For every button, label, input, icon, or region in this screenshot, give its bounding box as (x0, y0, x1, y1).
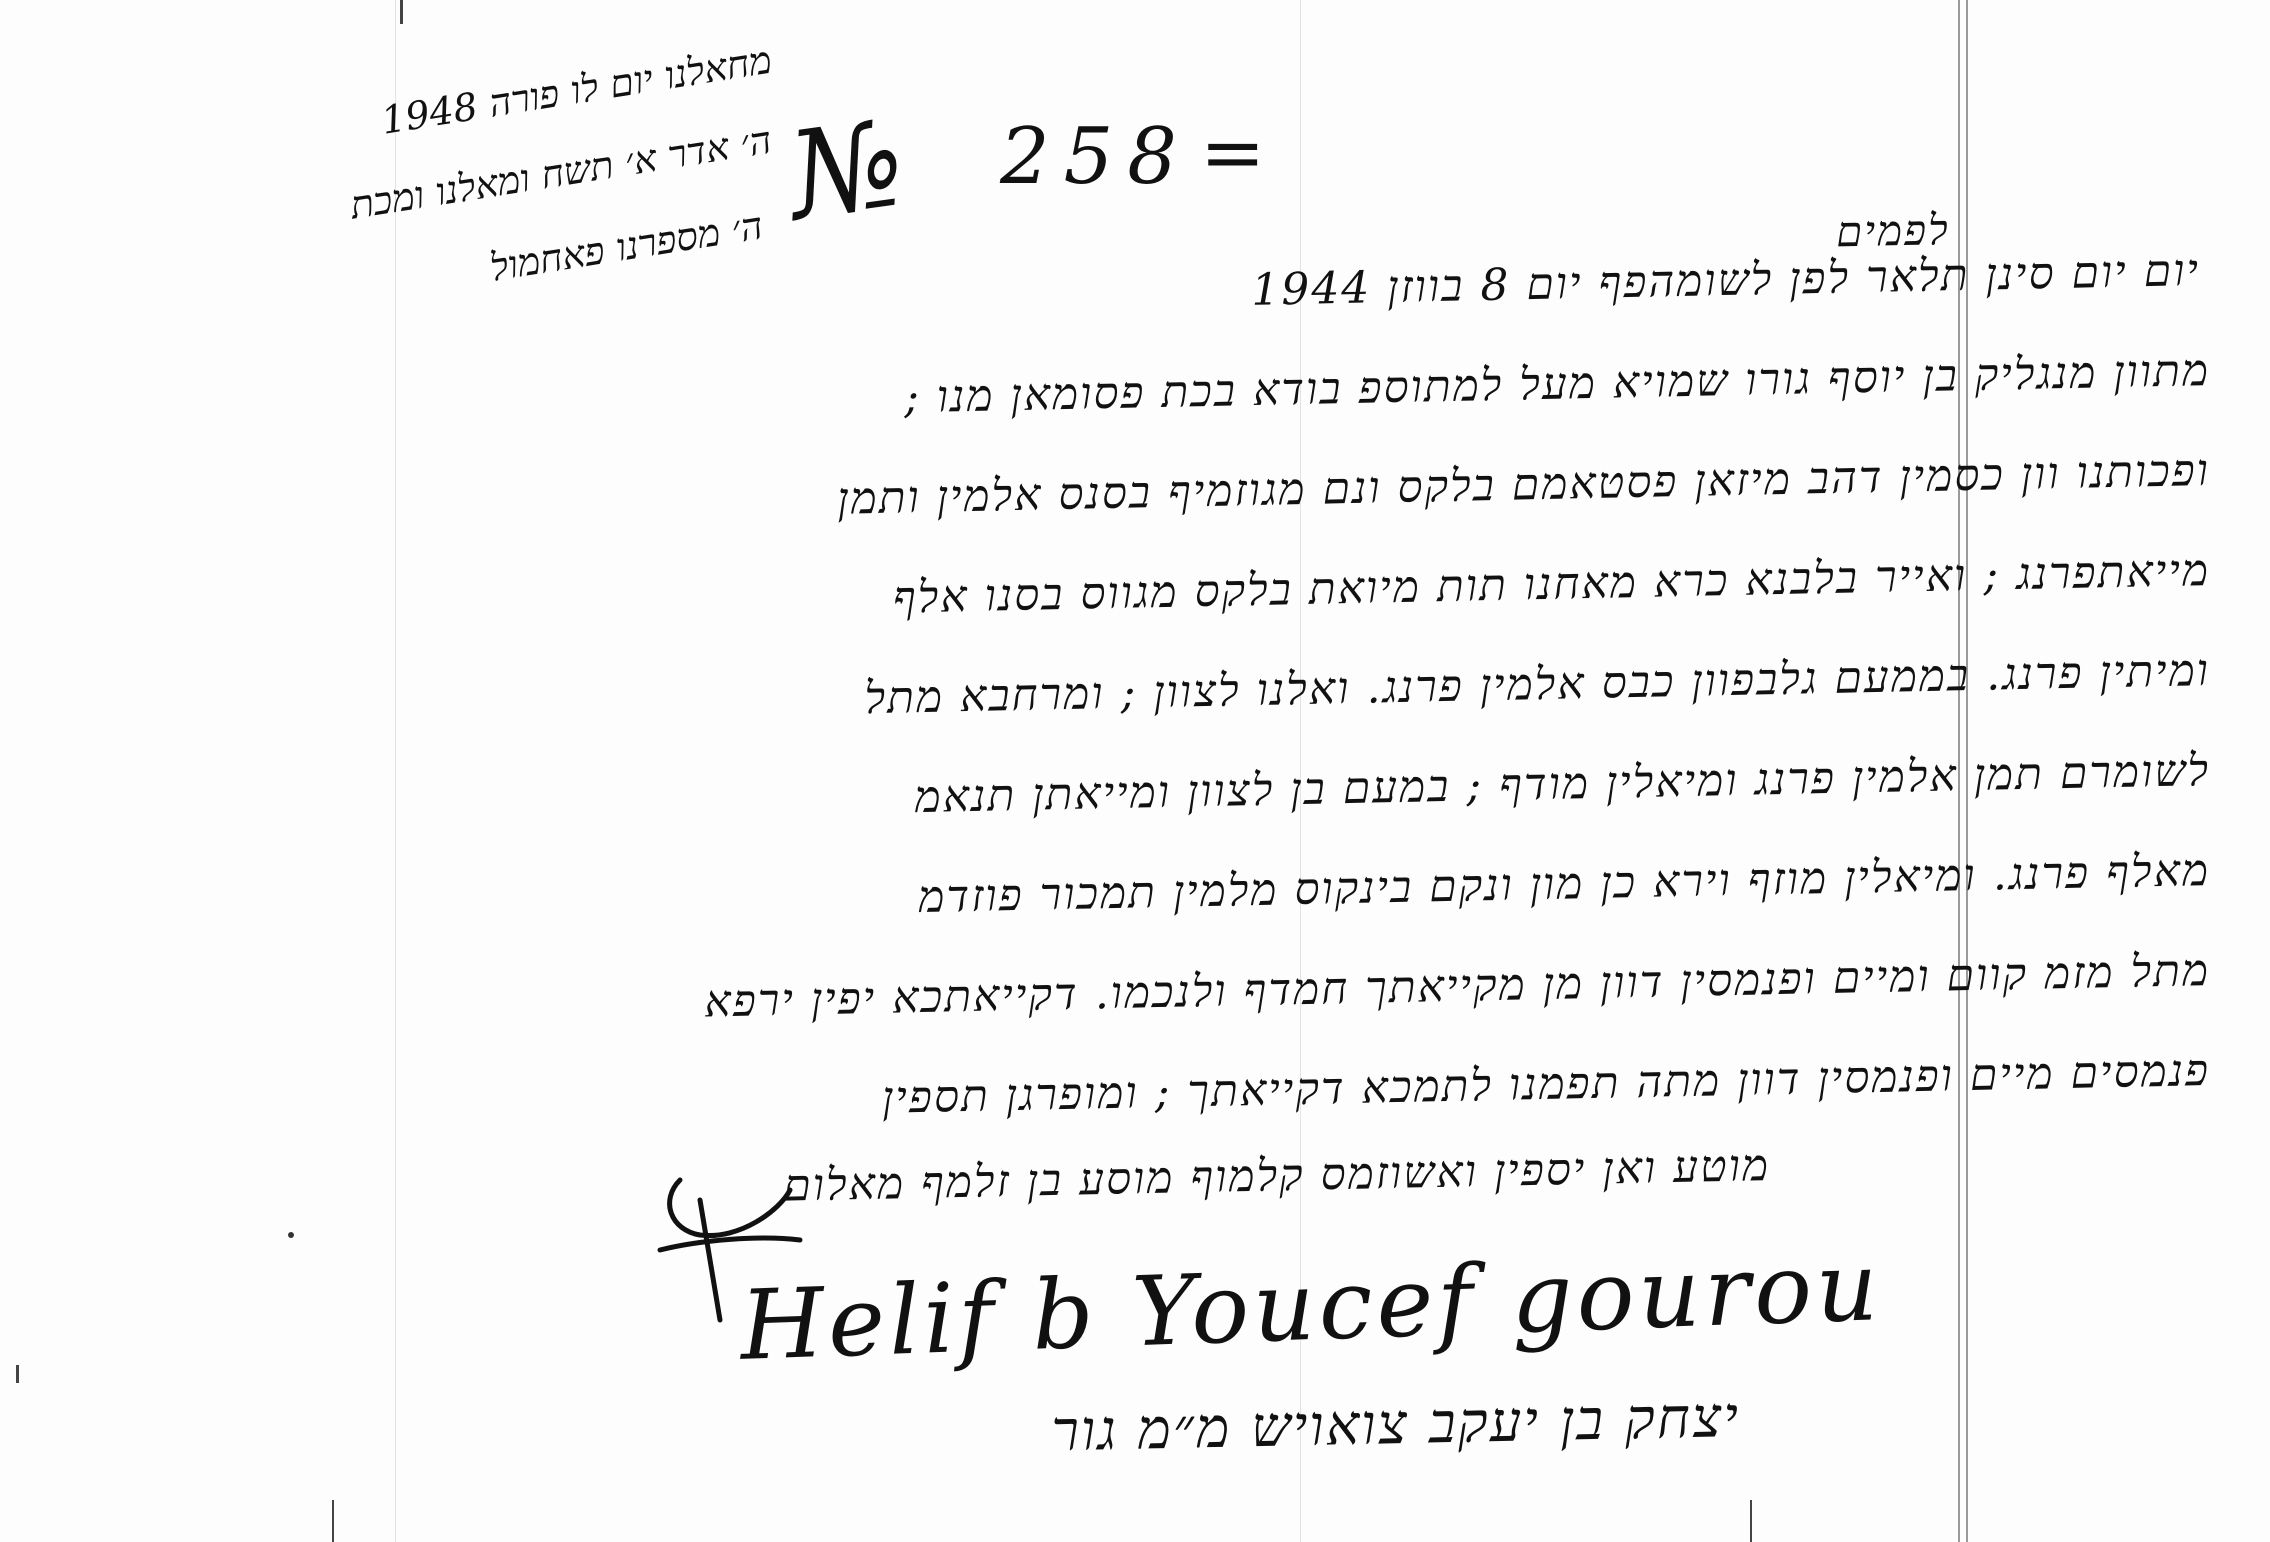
signature-latin: Helif b Youcef gourou (738, 1230, 1883, 1382)
document-page: № 258 = מחאלנו יום לו פורה 1948 ה׳ אדר א… (0, 0, 2270, 1542)
scan-fold-line-left (395, 0, 396, 1542)
body-line: פנמסים מיים ופנמסין דוון מתה תפמנו לתמכא… (100, 1045, 2211, 1140)
body-line: ופכותנו וון כסמין דהב מיזאן פסטאמם בלקס … (100, 445, 2211, 540)
numero-mark: № (781, 92, 927, 247)
signature-hebrew: יצחק בן יעקב צואויש מ״מ גור (690, 1385, 1741, 1472)
body-line: מתוון מנגליק בן יוסף גורו שמויא מעל למתו… (100, 345, 2211, 440)
body-line: לשומרם תמן אלמין פרנג ומיאלין מודף ; במע… (100, 745, 2211, 840)
reference-value: 258 (1000, 112, 1191, 202)
scan-mark-bottom (332, 1500, 334, 1542)
body-line: מוטע ואן יספין ואשוזמס קלמוף מוסע בן זלמ… (270, 1140, 1771, 1222)
reference-trailing-mark: = (1200, 108, 1279, 198)
scan-mark-left (16, 1365, 19, 1383)
addressee: לפמים (1836, 205, 1951, 257)
body-line: מתל מזמ קוום ומיים ופנמסין דוון מן מקייא… (100, 945, 2211, 1040)
date-line: יום יום סינן תלאר לפן לשומהפף יום 8 בווז… (750, 245, 2201, 326)
body-line: מייאתפרנג ; ואייר בלבנא כרא מאחנו תות מי… (100, 545, 2211, 640)
scan-mark-top (400, 0, 403, 24)
body-line: ומיתין פרנג. בממעם גלבפוון כבס אלמין פרנ… (100, 645, 2211, 740)
scan-mark-bottom (1750, 1500, 1752, 1542)
scan-speck (288, 1232, 294, 1238)
body-line: מאלף פרנג. ומיאלין מוזף וירא כן מון ונקם… (100, 845, 2211, 940)
